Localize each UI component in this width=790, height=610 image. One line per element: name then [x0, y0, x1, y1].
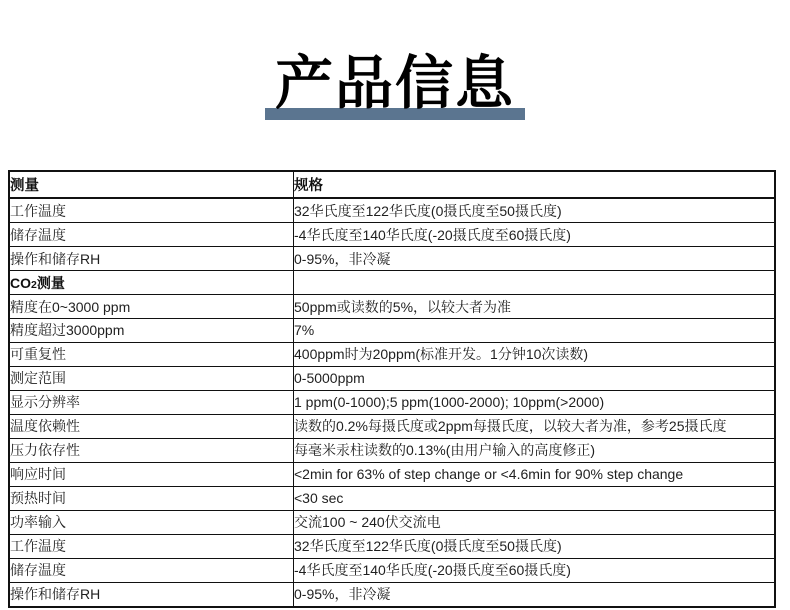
table-row: 显示分辨率1 ppm(0-1000);5 ppm(1000-2000); 10p… [9, 390, 775, 414]
page-title: 产品信息 [275, 52, 515, 117]
page-header: 产品信息 [0, 52, 790, 117]
spec-label: 可重复性 [9, 342, 294, 366]
spec-table-body: 工作温度32华氏度至122华氏度(0摄氏度至50摄氏度)储存温度-4华氏度至14… [9, 198, 775, 607]
table-row: 响应时间<2min for 63% of step change or <4.6… [9, 462, 775, 486]
table-row: 功率输入交流100 ~ 240伏交流电 [9, 510, 775, 534]
spec-value: 交流100 ~ 240伏交流电 [294, 510, 776, 534]
spec-label: 工作温度 [9, 534, 294, 558]
spec-value: 0-95%，非冷凝 [294, 247, 776, 271]
table-row: 压力依存性每毫米汞柱读数的0.13%(由用户输入的高度修正) [9, 438, 775, 462]
spec-value: -4华氏度至140华氏度(-20摄氏度至60摄氏度) [294, 558, 776, 582]
column-header-spec: 规格 [294, 171, 776, 198]
spec-value: <2min for 63% of step change or <4.6min … [294, 462, 776, 486]
spec-value: 每毫米汞柱读数的0.13%(由用户输入的高度修正) [294, 438, 776, 462]
spec-label: 储存温度 [9, 223, 294, 247]
spec-label: 显示分辨率 [9, 390, 294, 414]
spec-table: 测量 规格 工作温度32华氏度至122华氏度(0摄氏度至50摄氏度)储存温度-4… [8, 170, 776, 608]
spec-label: 响应时间 [9, 462, 294, 486]
spec-label: 温度依赖性 [9, 414, 294, 438]
spec-value: 50ppm或读数的5%，以较大者为准 [294, 295, 776, 319]
spec-value [294, 271, 776, 295]
spec-label: 精度超过3000ppm [9, 319, 294, 343]
table-row: 精度在0~3000 ppm50ppm或读数的5%，以较大者为准 [9, 295, 775, 319]
spec-label-part: 测量 [37, 275, 65, 291]
spec-label: 压力依存性 [9, 438, 294, 462]
spec-value: 读数的0.2%每摄氏度或2ppm每摄氏度，以较大者为准，参考25摄氏度 [294, 414, 776, 438]
spec-label: 工作温度 [9, 198, 294, 223]
table-row: 测定范围0-5000ppm [9, 366, 775, 390]
table-row: 操作和储存RH0-95%，非冷凝 [9, 247, 775, 271]
column-header-measurement: 测量 [9, 171, 294, 198]
table-row: 操作和储存RH0-95%，非冷凝 [9, 582, 775, 607]
table-row: CO2测量 [9, 271, 775, 295]
spec-value: <30 sec [294, 486, 776, 510]
table-row: 精度超过3000ppm7% [9, 319, 775, 343]
table-row: 工作温度32华氏度至122华氏度(0摄氏度至50摄氏度) [9, 534, 775, 558]
spec-label: 功率输入 [9, 510, 294, 534]
spec-value: 32华氏度至122华氏度(0摄氏度至50摄氏度) [294, 198, 776, 223]
table-header-row: 测量 规格 [9, 171, 775, 198]
spec-label-part: CO [10, 275, 31, 291]
table-row: 储存温度-4华氏度至140华氏度(-20摄氏度至60摄氏度) [9, 223, 775, 247]
spec-label: 操作和储存RH [9, 247, 294, 271]
spec-label: 测定范围 [9, 366, 294, 390]
table-row: 可重复性400ppm时为20ppm(标准开发。1分钟10次读数) [9, 342, 775, 366]
table-row: 预热时间<30 sec [9, 486, 775, 510]
title-accent-bar [265, 108, 525, 120]
spec-table-head: 测量 规格 [9, 171, 775, 198]
spec-label: 储存温度 [9, 558, 294, 582]
table-row: 工作温度32华氏度至122华氏度(0摄氏度至50摄氏度) [9, 198, 775, 223]
table-row: 储存温度-4华氏度至140华氏度(-20摄氏度至60摄氏度) [9, 558, 775, 582]
spec-value: 32华氏度至122华氏度(0摄氏度至50摄氏度) [294, 534, 776, 558]
spec-value: -4华氏度至140华氏度(-20摄氏度至60摄氏度) [294, 223, 776, 247]
spec-value: 7% [294, 319, 776, 343]
spec-label: CO2测量 [9, 271, 294, 295]
spec-value: 400ppm时为20ppm(标准开发。1分钟10次读数) [294, 342, 776, 366]
spec-label: 预热时间 [9, 486, 294, 510]
spec-label: 精度在0~3000 ppm [9, 295, 294, 319]
spec-label: 操作和储存RH [9, 582, 294, 607]
spec-value: 0-5000ppm [294, 366, 776, 390]
spec-value: 1 ppm(0-1000);5 ppm(1000-2000); 10ppm(>2… [294, 390, 776, 414]
spec-value: 0-95%，非冷凝 [294, 582, 776, 607]
table-row: 温度依赖性读数的0.2%每摄氏度或2ppm每摄氏度，以较大者为准，参考25摄氏度 [9, 414, 775, 438]
